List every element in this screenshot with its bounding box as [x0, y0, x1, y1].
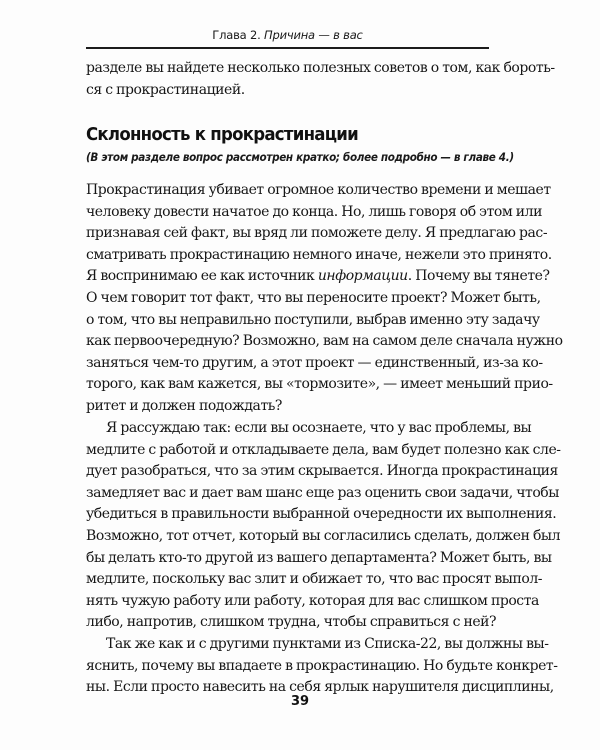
- text-line: сматривать прокрастинацию немного иначе,…: [86, 245, 489, 267]
- text-line: Прокрастинация убивает огромное количест…: [86, 180, 489, 202]
- section-note: (В этом разделе вопрос рассмотрен кратко…: [86, 151, 514, 164]
- text-line: бы делать кто-то другой из вашего департ…: [86, 548, 489, 570]
- text-line: О чем говорит тот факт, что вы переносит…: [86, 288, 489, 310]
- text-line: нять чужую работу или работу, которая дл…: [86, 591, 489, 613]
- paragraph-1: Прокрастинация убивает огромное количест…: [86, 180, 489, 418]
- text-span: . Почему вы тянете?: [408, 268, 550, 284]
- text-line: либо, напротив, слишком трудна, чтобы сп…: [86, 612, 489, 634]
- text-line: дует разобраться, что за этим скрывается…: [86, 461, 489, 483]
- text-line: Я воспринимаю ее как источник информации…: [86, 266, 489, 288]
- text-line: убедиться в правильности выбранной очере…: [86, 504, 489, 526]
- paragraph-2: Я рассуждаю так: если вы осознаете, что …: [86, 418, 489, 634]
- text-line: ся с прокрастинацией.: [86, 80, 489, 102]
- running-head: Глава 2. Причина — в вас: [86, 28, 489, 42]
- text-line: заняться чем-то другим, а этот проект — …: [86, 353, 489, 375]
- text-line: человеку довести начатое до конца. Но, л…: [86, 202, 489, 224]
- text-line: медлите с работой и откладываете дела, в…: [86, 440, 489, 462]
- text-span: Я воспринимаю ее как источник: [86, 268, 318, 284]
- text-line: Так же как и с другими пунктами из Списк…: [86, 634, 489, 656]
- text-line: признавая сей факт, вы вряд ли поможете …: [86, 223, 489, 245]
- text-line: торого, как вам кажется, вы «тормозите»,…: [86, 374, 489, 396]
- chapter-label: Глава 2.: [212, 28, 260, 42]
- text-line: Возможно, тот отчет, который вы согласил…: [86, 526, 489, 548]
- page-number: 39: [0, 694, 600, 709]
- chapter-title: Причина — в вас: [264, 28, 363, 42]
- paragraph-3: Так же как и с другими пунктами из Списк…: [86, 634, 489, 699]
- text-line: ритет и должен подождать?: [86, 396, 489, 418]
- text-line: как первоочередную? Возможно, вам на сам…: [86, 331, 489, 353]
- text-line: яснить, почему вы впадаете в прокрастина…: [86, 656, 489, 678]
- text-line: разделе вы найдете несколько полезных со…: [86, 58, 489, 80]
- emphasis-text: информации: [318, 268, 408, 284]
- intro-text: разделе вы найдете несколько полезных со…: [86, 58, 489, 101]
- text-line: о том, что вы неправильно поступили, выб…: [86, 310, 489, 332]
- text-line: замедляет вас и дает вам шанс еще раз оц…: [86, 483, 489, 505]
- book-page: Глава 2. Причина — в вас разделе вы найд…: [0, 0, 600, 750]
- text-line: Я рассуждаю так: если вы осознаете, что …: [86, 418, 489, 440]
- text-line: медлите, поскольку вас злит и обижает то…: [86, 569, 489, 591]
- section-heading: Склонность к прокрастинации: [86, 124, 358, 145]
- header-rule: [86, 47, 489, 49]
